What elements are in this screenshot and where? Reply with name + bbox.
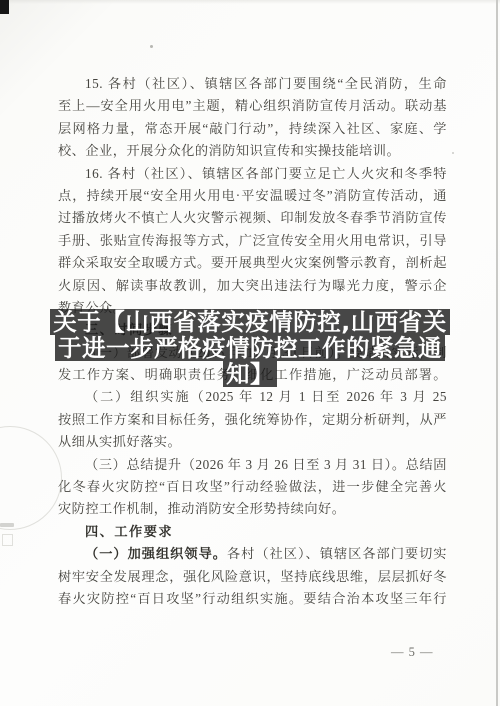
doc-line: 15. 各村（社区）、镇辖区各部门要围绕“全民消防，生命 <box>58 73 447 95</box>
scan-speck <box>452 152 454 154</box>
doc-line: 点，持续开展“安全用火用电·平安温暖过冬”消防宣传活动，通 <box>58 185 447 207</box>
stamp-ghost-arc <box>0 426 62 530</box>
caption-overlay: 关于【山西省落实疫情防控,山西省关于进一步严格疫情防控工作的紧急通知】 <box>0 309 500 387</box>
doc-line: 群众采取安全取暖方式。要开展典型火灾案例警示教育，剖析起 <box>58 252 447 274</box>
caption-line: 知】 <box>0 361 500 387</box>
caption-line: 于进一步严格疫情防控工作的紧急通 <box>0 335 500 361</box>
doc-line: 灾防控工作机制，推动消防安全形势持续向好。 <box>58 498 447 520</box>
doc-line: 手册、张贴宣传海报等方式，广泛宣传安全用火用电常识，引导 <box>58 230 447 252</box>
doc-line: 过播放烤火不慎亡人火灾警示视频、印制发放冬春季节消防宣传 <box>58 207 447 229</box>
doc-line: 树牢安全发展理念，强化风险意识，坚持底线思维，层层抓好冬 <box>58 566 447 588</box>
scan-smudge <box>0 523 14 527</box>
doc-line: 四、工作要求 <box>58 521 447 543</box>
page-number: — 5 — <box>391 645 434 660</box>
doc-line: 16. 各村（社区）、镇辖区各部门要立足亡人火灾和冬季特 <box>58 163 447 185</box>
caption-line: 关于【山西省落实疫情防控,山西省关 <box>0 309 500 335</box>
doc-line: 化冬春火灾防控“百日攻坚”行动经验做法，进一步健全完善火 <box>58 476 447 498</box>
scan-smudge <box>2 534 13 546</box>
doc-line: （三）总结提升（2026 年 3 月 26 日至 3 月 31 日）。总结固 <box>58 454 447 476</box>
doc-line: 层网格力量，常态开展“敲门行动”，持续深入社区、家庭、学 <box>58 118 447 140</box>
caption-line-text: 关于【山西省落实疫情防控,山西省关 <box>50 309 449 335</box>
caption-line-text: 知】 <box>223 361 277 387</box>
scan-speck <box>150 45 153 48</box>
doc-line: 按照工作方案和目标任务，强化统筹协作，定期分析研判，从严 <box>58 409 447 431</box>
scan-top-shading <box>0 0 500 4</box>
doc-line: 春火灾防控“百日攻坚”行动组织实施。要结合治本攻坚三年行 <box>58 588 447 610</box>
scan-corner-mark <box>0 0 9 14</box>
doc-line: 从细从实抓好落实。 <box>58 431 447 453</box>
doc-line: 火原因、解读事故教训，加大突出违法行为曝光力度，警示企业、 <box>58 275 447 297</box>
doc-line: 校、企业，开展分众化的消防知识宣传和实操技能培训。 <box>58 140 447 162</box>
scanned-document-page: 15. 各村（社区）、镇辖区各部门要围绕“全民消防，生命至上—安全用火用电”主题… <box>0 0 500 706</box>
doc-line: （一）加强组织领导。各村（社区）、镇辖区各部门要切实 <box>58 543 447 565</box>
caption-line-text: 于进一步严格疫情防控工作的紧急通 <box>55 335 445 361</box>
doc-line: 至上—安全用火用电”主题，精心组织消防宣传月活动。联动基 <box>58 95 447 117</box>
doc-line: （二）组织实施（2025 年 12 月 1 日至 2026 年 3 月 25 日… <box>58 386 447 408</box>
